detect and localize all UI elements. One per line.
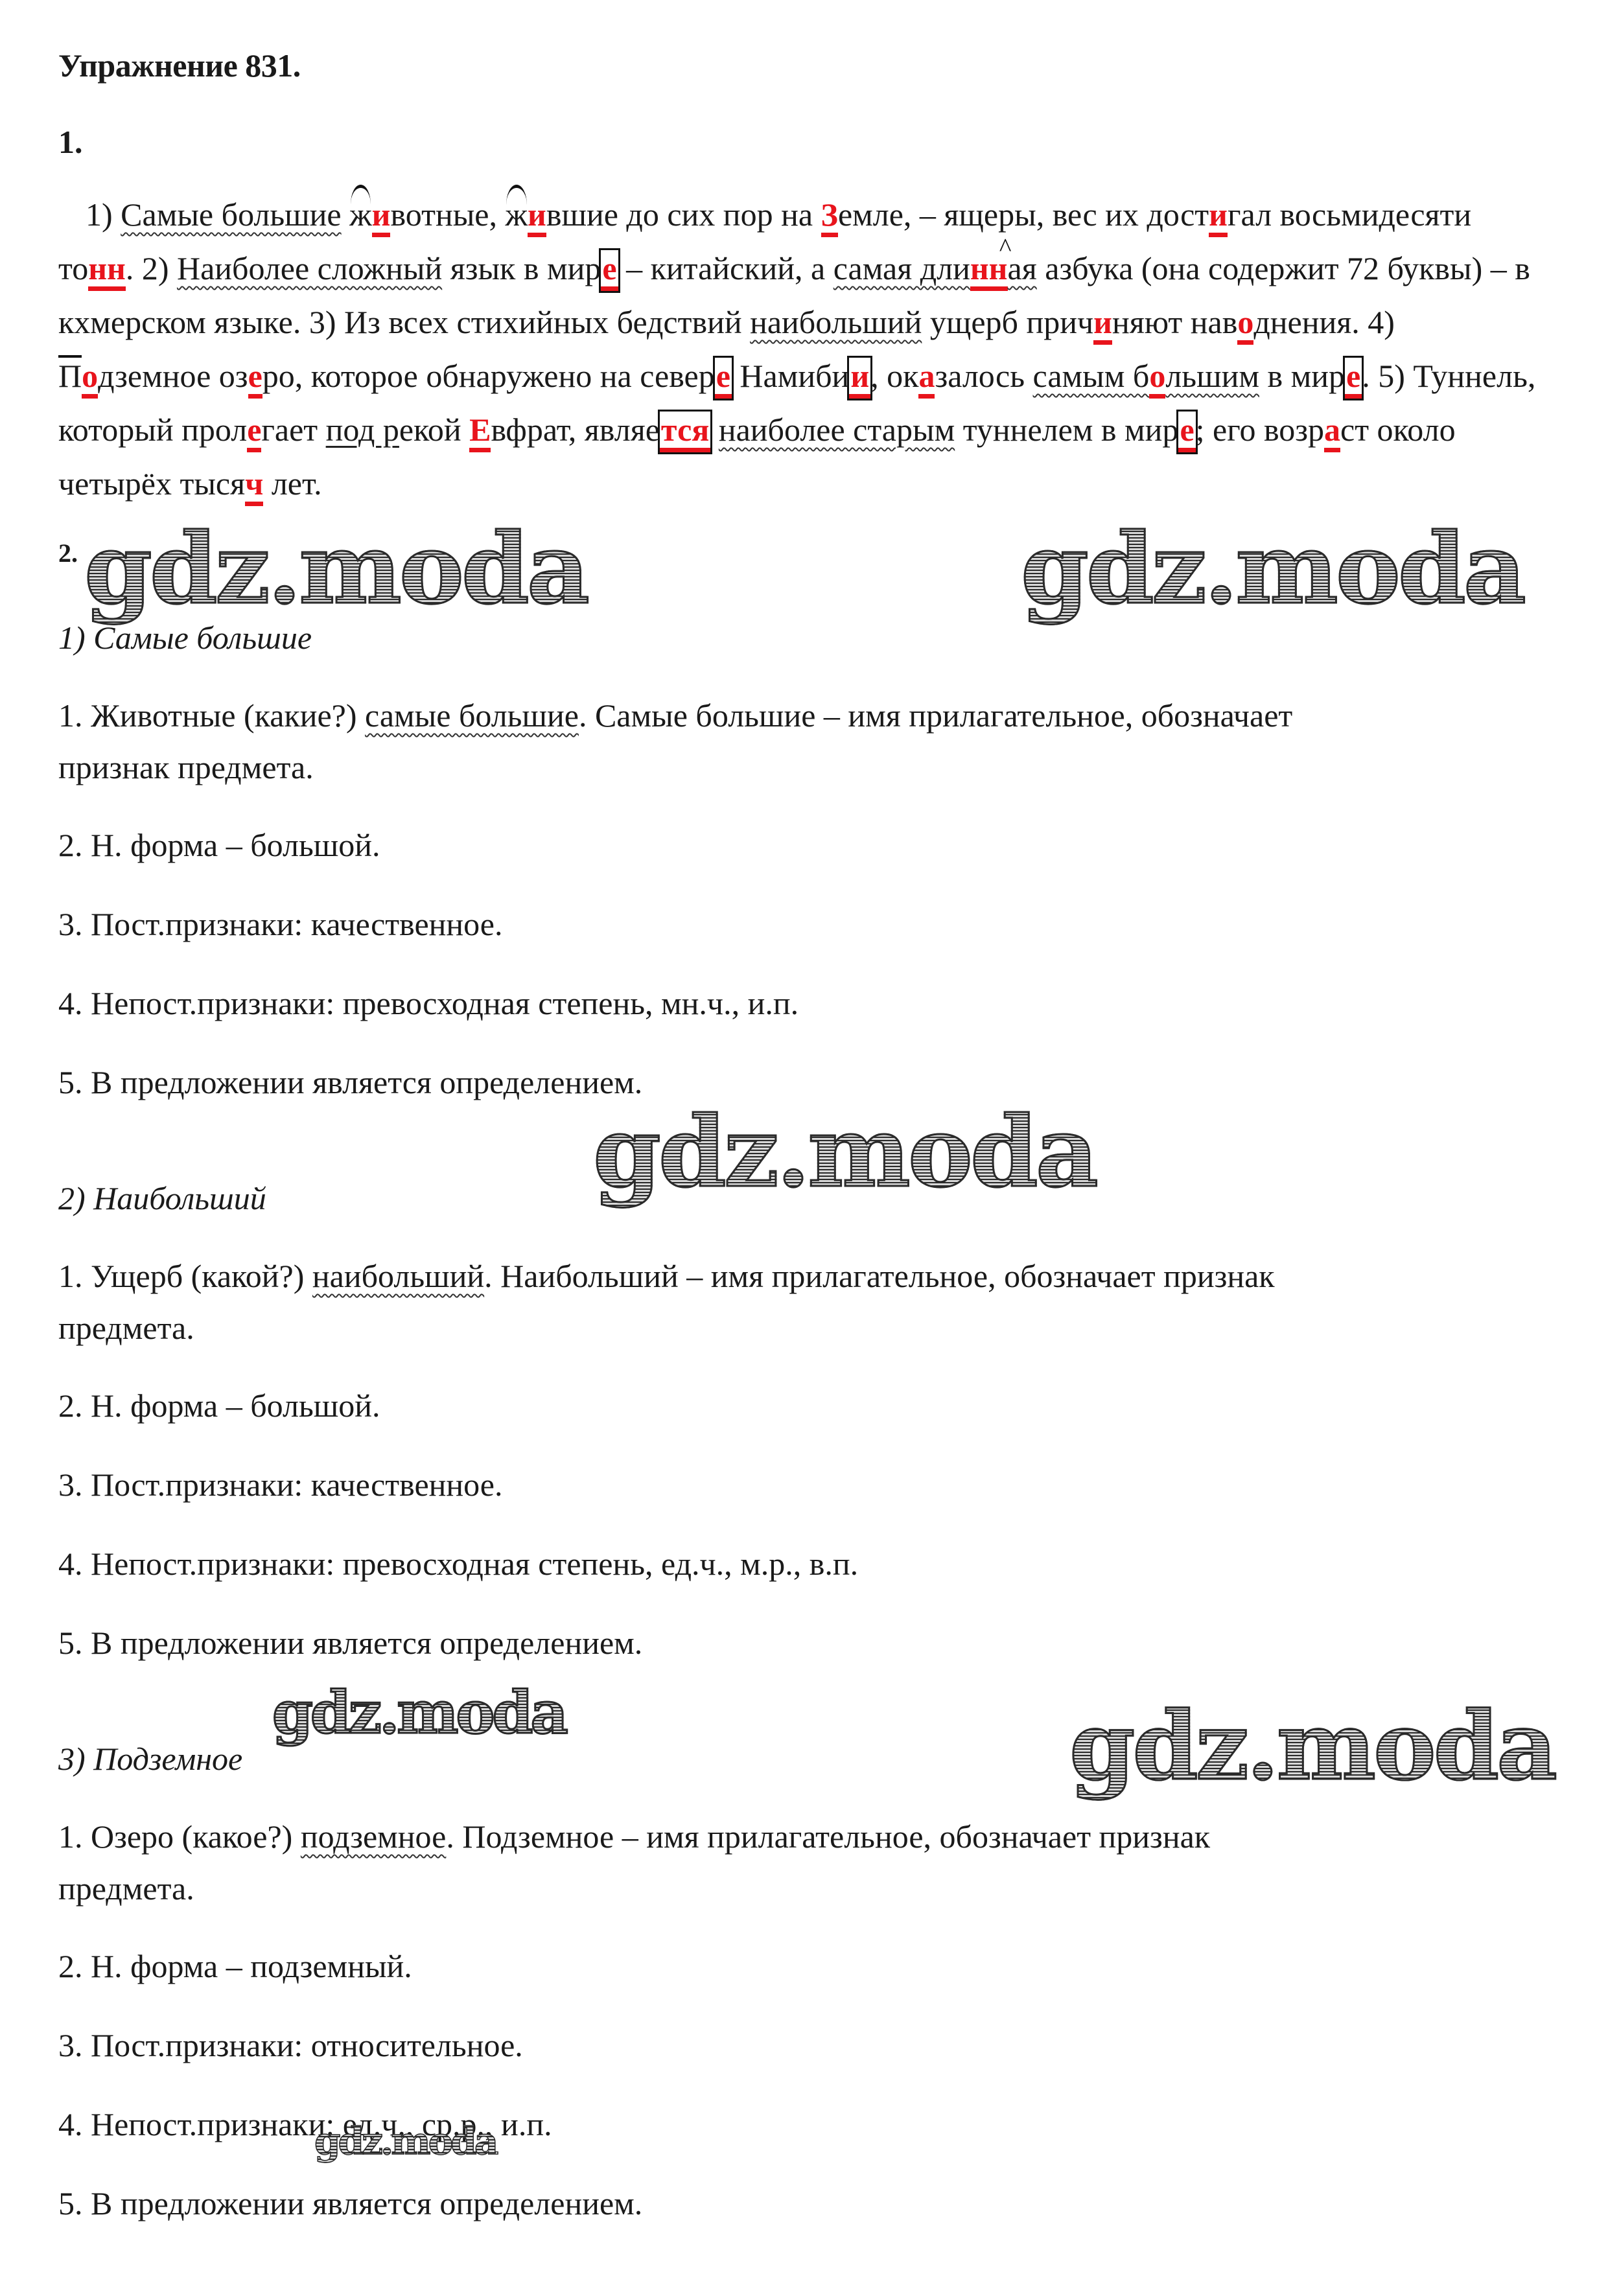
wavy-underlined-word: льшим — [1165, 358, 1259, 394]
item-text: . Подземное – имя прилагательное, обозна… — [446, 1818, 1210, 1855]
text-segment: вотные, — [390, 196, 505, 233]
highlighted-letter: ч — [245, 465, 263, 506]
analysis-2-item-4: 4. Непост.признаки: превосходная степень… — [58, 1545, 858, 1583]
item-text: . Самые большие – имя прилагательное, об… — [579, 697, 1292, 734]
analysis-1-item-1-cont: признак предмета. — [58, 748, 314, 786]
watermark-logo: gdz.moda — [84, 512, 587, 626]
wavy-underlined-word: самая дли — [833, 250, 970, 286]
highlighted-letter: и — [528, 196, 546, 237]
analysis-1-heading: 1) Самые большие — [58, 619, 312, 656]
wavy-underlined-word: Наиболее сложный — [177, 250, 442, 286]
exercise-title: Упражнение 831. — [58, 47, 301, 84]
analysis-3-item-2: 2. Н. форма – подземный. — [58, 1947, 412, 1985]
highlighted-letter: о — [1149, 358, 1165, 399]
boxed-ending: и — [849, 358, 870, 399]
text-segment: няют нав — [1112, 304, 1237, 340]
analysis-3-item-1: 1. Озеро (какое?) подземное. Подземное –… — [58, 1818, 1210, 1855]
watermark-logo: gdz.moda — [1021, 512, 1524, 626]
text-segment: – китайский, а — [618, 250, 833, 286]
highlighted-letter: З — [821, 196, 838, 237]
highlighted-letter: е — [247, 412, 261, 452]
text-segment: лет. — [263, 465, 321, 502]
analysis-1-item-3: 3. Пост.признаки: качественное. — [58, 905, 502, 943]
boxed-ending: е — [1178, 412, 1195, 452]
section-1-number: 1. — [58, 123, 83, 161]
analysis-1-item-1: 1. Животные (какие?) самые большие. Самы… — [58, 697, 1292, 734]
section-2-number: 2. — [58, 538, 78, 568]
text-segment: в мир — [1259, 358, 1345, 394]
boxed-ending: е — [1345, 358, 1362, 399]
wavy-underlined-word: Самые большие — [121, 196, 341, 233]
text-segment — [710, 412, 719, 448]
analysis-1-item-4: 4. Непост.признаки: превосходная степень… — [58, 984, 798, 1022]
highlighted-letter: а — [1324, 412, 1340, 452]
highlighted-letter: о — [1237, 304, 1253, 345]
analysis-2-item-1-cont: предмета. — [58, 1309, 194, 1347]
root-mark: ж — [349, 196, 372, 233]
wavy-underlined-word: наибольший — [750, 304, 922, 340]
watermark-logo: gdz.moda — [272, 1678, 566, 1747]
analysis-3-heading: 3) Подземное — [58, 1740, 242, 1778]
highlighted-letter: нн — [970, 250, 1008, 291]
text-segment: 1) — [86, 196, 121, 233]
wavy-underlined-word: ая — [1008, 250, 1037, 286]
text-segment: емле, – ящеры, вес их дост — [838, 196, 1209, 233]
text-segment: язык в мир — [442, 250, 601, 286]
analysis-2-item-3: 3. Пост.признаки: качественное. — [58, 1466, 502, 1503]
item-text: . Наибольший – имя прилагательное, обозн… — [484, 1258, 1274, 1294]
highlighted-letter: и — [1093, 304, 1112, 345]
watermark-logo: gdz.moda — [593, 1095, 1096, 1209]
underlined-word: самые большие — [365, 697, 579, 734]
boxed-ending: тся — [660, 412, 710, 452]
text-segment: екой — [399, 412, 469, 448]
text-segment — [342, 196, 350, 233]
wavy-underlined-word: наиболее старым — [719, 412, 955, 448]
item-text: 1. Ущерб (какой?) — [58, 1258, 312, 1294]
text-segment: вфрат, являе — [491, 412, 659, 448]
root-mark: ж — [506, 196, 528, 233]
highlighted-letter: о — [82, 358, 98, 399]
text-segment: дземное оз — [98, 358, 248, 394]
text-segment: вшие до сих пор на — [546, 196, 821, 233]
watermark-logo: gdz.moda — [1069, 1691, 1555, 1802]
boxed-ending: е — [715, 358, 732, 399]
item-text: 1. Животные (какие?) — [58, 697, 365, 734]
text-segment: ро, которое обнаружено на север — [262, 358, 715, 394]
document-page: Упражнение 831. 1. 1) Самые большие живо… — [0, 0, 1608, 2296]
analysis-3-item-4: 4. Непост.признаки: ед.ч., ср.р., и.п. — [58, 2105, 552, 2143]
analysis-2-item-2: 2. Н. форма – большой. — [58, 1387, 380, 1424]
text-segment: днения. 4) — [1253, 304, 1395, 340]
text-segment: ; его возр — [1196, 412, 1324, 448]
analysis-1-item-5: 5. В предложении является определением. — [58, 1063, 642, 1101]
analysis-3-item-3: 3. Пост.признаки: относительное. — [58, 2026, 523, 2064]
highlighted-letter: и — [372, 196, 391, 237]
highlighted-letter: и — [1209, 196, 1228, 237]
text-segment: , ок — [870, 358, 918, 394]
text-segment: гает — [261, 412, 325, 448]
analysis-3-item-5: 5. В предложении является определением. — [58, 2185, 642, 2222]
text-segment: ущерб прич — [922, 304, 1093, 340]
highlighted-letter: нн — [88, 250, 126, 291]
analysis-2-item-5: 5. В предложении является определением. — [58, 1624, 642, 1662]
prefix-mark: П — [58, 358, 82, 394]
boxed-ending: е — [601, 250, 618, 291]
item-text: 1. Озеро (какое?) — [58, 1818, 301, 1855]
underlined-phrase: под р — [326, 412, 399, 448]
analysis-3-item-1-cont: предмета. — [58, 1870, 194, 1907]
underlined-word: наибольший — [312, 1258, 484, 1294]
highlighted-letter: е — [248, 358, 262, 399]
analysis-1-item-2: 2. Н. форма – большой. — [58, 826, 380, 864]
wavy-underlined-word: самым б — [1033, 358, 1150, 394]
analysis-2-heading: 2) Наибольший — [58, 1179, 266, 1217]
underlined-word: подземное — [301, 1818, 447, 1855]
text-segment: туннелем в мир — [955, 412, 1178, 448]
highlighted-letter: а — [918, 358, 935, 399]
text-segment: Намиби — [732, 358, 849, 394]
text-segment: залось — [935, 358, 1032, 394]
analysis-2-item-1: 1. Ущерб (какой?) наибольший. Наибольший… — [58, 1257, 1275, 1295]
annotated-paragraph: 1) Самые большие животные, жившие до сих… — [58, 188, 1549, 511]
text-segment: . 2) — [126, 250, 177, 286]
highlighted-letter: Е — [469, 412, 491, 452]
